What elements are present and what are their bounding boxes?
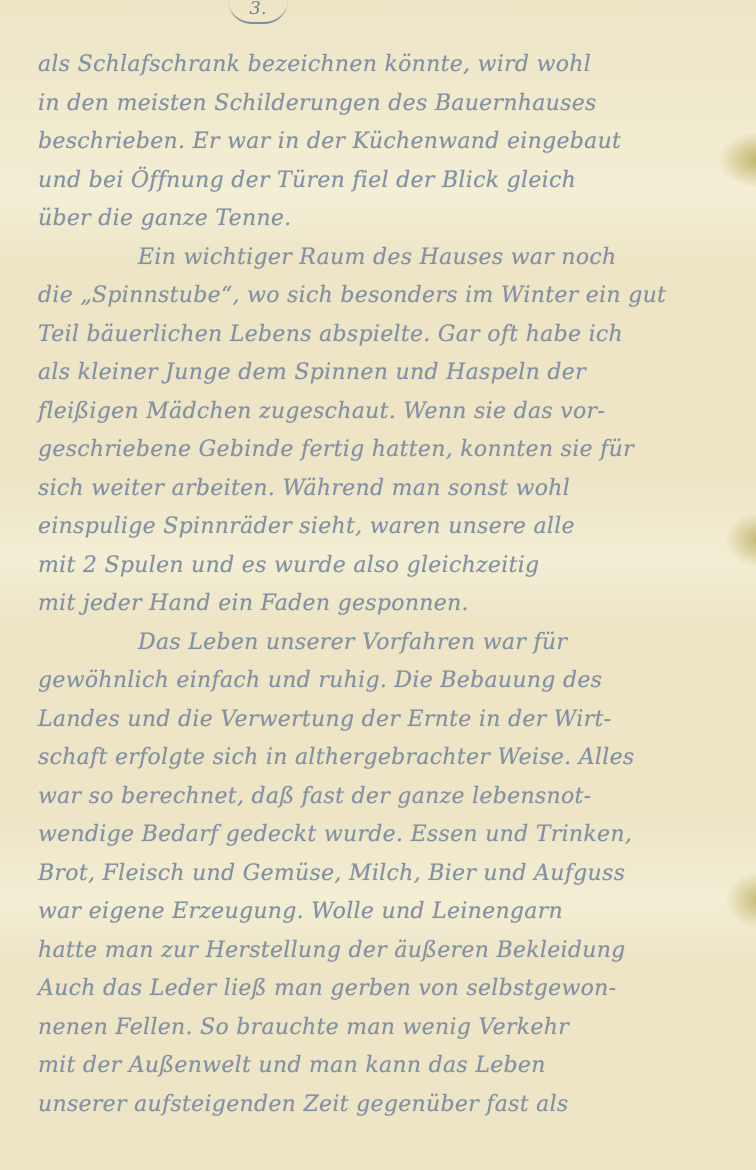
paragraph-start-line: Das Leben unserer Vorfahren war für xyxy=(38,624,738,663)
text-line: über die ganze Tenne. xyxy=(38,200,738,239)
text-line: sich weiter arbeiten. Während man sonst … xyxy=(38,470,738,509)
text-line: mit 2 Spulen und es wurde also gleichzei… xyxy=(38,547,738,586)
text-line: beschrieben. Er war in der Küchenwand ei… xyxy=(38,123,738,162)
text-line: gewöhnlich einfach und ruhig. Die Bebauu… xyxy=(38,662,738,701)
text-line: mit der Außenwelt und man kann das Leben xyxy=(38,1047,738,1086)
text-line: einspulige Spinnräder sieht, waren unser… xyxy=(38,508,738,547)
text-line: mit jeder Hand ein Faden gesponnen. xyxy=(38,585,738,624)
text-line: Landes und die Verwertung der Ernte in d… xyxy=(38,701,738,740)
text-line: war eigene Erzeugung. Wolle und Leinenga… xyxy=(38,893,738,932)
text-line: als kleiner Junge dem Spinnen und Haspel… xyxy=(38,354,738,393)
text-line: die „Spinnstube“, wo sich besonders im W… xyxy=(38,277,738,316)
text-line: Teil bäuerlichen Lebens abspielte. Gar o… xyxy=(38,316,738,355)
text-line: hatte man zur Herstellung der äußeren Be… xyxy=(38,932,738,971)
text-line: Auch das Leder ließ man gerben von selbs… xyxy=(38,970,738,1009)
page-number: 3. xyxy=(228,0,288,24)
paragraph-start-line: Ein wichtiger Raum des Hauses war noch xyxy=(38,239,738,278)
text-line: unserer aufsteigenden Zeit gegenüber fas… xyxy=(38,1086,738,1125)
handwritten-text-body: als Schlafschrank bezeichnen könnte, wir… xyxy=(38,46,738,1124)
manuscript-page: 3. als Schlafschrank bezeichnen könnte, … xyxy=(0,0,756,1170)
text-line: als Schlafschrank bezeichnen könnte, wir… xyxy=(38,46,738,85)
text-line: schaft erfolgte sich in althergebrachter… xyxy=(38,739,738,778)
text-line: wendige Bedarf gedeckt wurde. Essen und … xyxy=(38,816,738,855)
text-line: geschriebene Gebinde fertig hatten, konn… xyxy=(38,431,738,470)
text-line: nenen Fellen. So brauchte man wenig Verk… xyxy=(38,1009,738,1048)
text-line: und bei Öffnung der Türen fiel der Blick… xyxy=(38,162,738,201)
text-line: fleißigen Mädchen zugeschaut. Wenn sie d… xyxy=(38,393,738,432)
text-line: war so berechnet, daß fast der ganze leb… xyxy=(38,778,738,817)
text-line: in den meisten Schilderungen des Bauernh… xyxy=(38,85,738,124)
text-line: Brot, Fleisch und Gemüse, Milch, Bier un… xyxy=(38,855,738,894)
